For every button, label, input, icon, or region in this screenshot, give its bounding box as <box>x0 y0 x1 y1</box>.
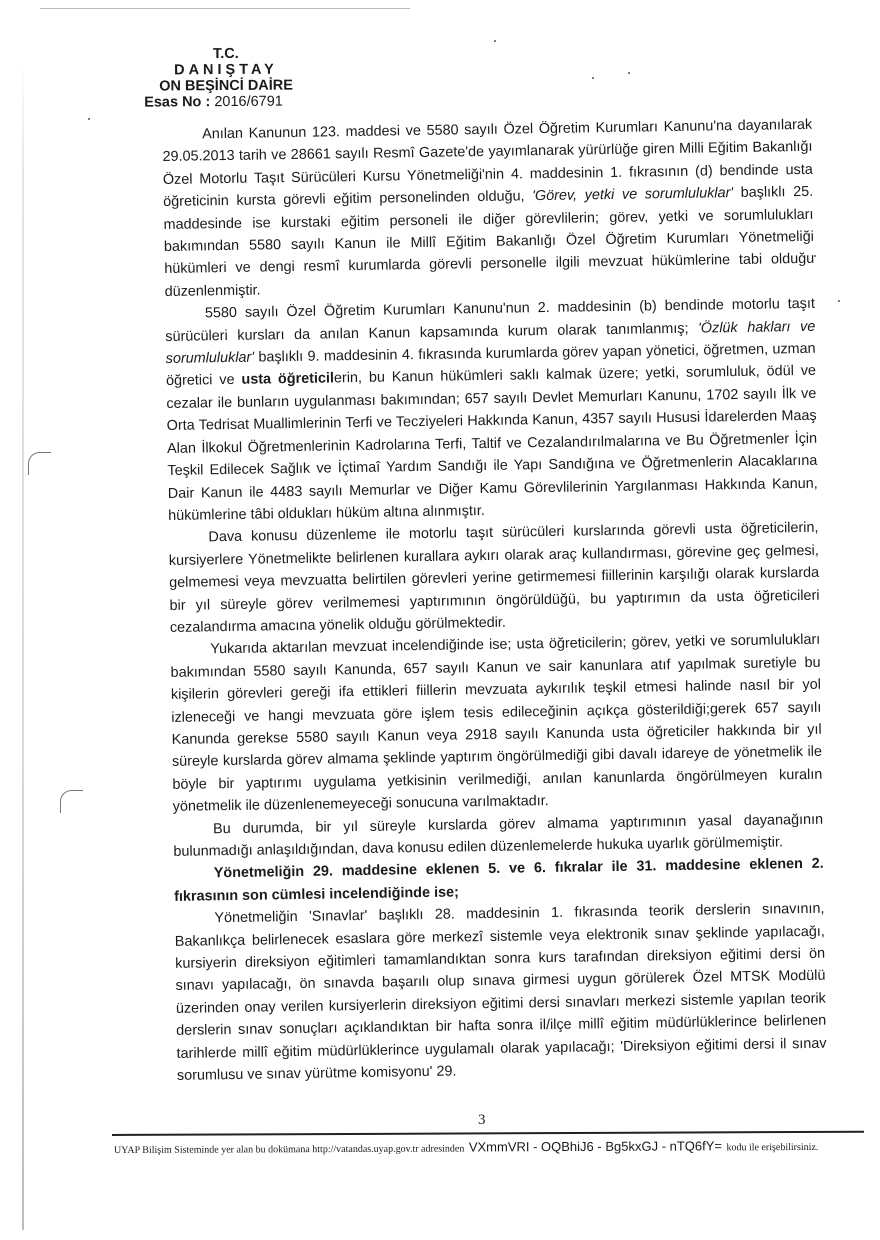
document-header: T.C. DANIŞTAY ON BEŞİNCİ DAİRE Esas No :… <box>146 45 306 110</box>
case-number-value: 2016/6791 <box>214 94 283 110</box>
paragraph-text: Yukarıda aktarılan mevzuat incelendiğind… <box>170 632 822 815</box>
scan-speck <box>494 40 496 42</box>
paragraph-text: Yönetmeliğin 'Sınavlar' başlıklı 28. mad… <box>175 901 827 1084</box>
scan-speck <box>814 255 816 257</box>
paragraph-text: Bu durumda, bir yıl süreyle kurslarda gö… <box>173 811 823 860</box>
header-chamber: ON BEŞİNCİ DAİRE <box>146 77 306 94</box>
paragraph-text: Dava konusu düzenleme ile motorlu taşıt … <box>169 520 820 636</box>
paragraph-text: usta öğreticil <box>241 371 334 388</box>
header-case-number: Esas No : 2016/6791 <box>144 93 306 110</box>
case-number-separator: : <box>201 94 214 110</box>
paragraph: Dava konusu düzenleme ile motorlu taşıt … <box>168 517 820 639</box>
footer-uyap-notice: UYAP Bilişim Sisteminde yer alan bu dokü… <box>114 1137 874 1158</box>
paragraph: 5580 sayılı Özel Öğretim Kurumları Kanun… <box>165 293 818 527</box>
scan-edge-line <box>40 8 410 9</box>
scan-speck <box>838 300 840 302</box>
paragraph-text: Yönetmeliğin 29. maddesine eklenen 5. ve… <box>174 856 824 905</box>
punch-hole-mark <box>28 452 51 475</box>
scan-left-shadow <box>22 60 24 1230</box>
footer-access-code: VXmmVRI - OQBhiJ6 - Bg5kxGJ - nTQ6fY= <box>469 1138 722 1154</box>
footer-text-after: kodu ile erişebilirsiniz. <box>726 1142 818 1153</box>
paragraph: Anılan Kanunun 123. maddesi ve 5580 sayı… <box>162 114 815 303</box>
paragraph-text: 'Görev, yetki ve sorumluluklar' <box>532 185 733 204</box>
paragraph: Yönetmeliğin 'Sınavlar' başlıklı 28. mad… <box>174 898 827 1087</box>
document-page: T.C. DANIŞTAY ON BEŞİNCİ DAİRE Esas No :… <box>0 0 880 1240</box>
scan-speck <box>628 72 630 74</box>
paragraph: Yukarıda aktarılan mevzuat incelendiğind… <box>170 629 823 818</box>
punch-hole-mark <box>60 790 83 813</box>
scan-speck <box>88 118 90 120</box>
document-body: Anılan Kanunun 123. maddesi ve 5580 sayı… <box>162 114 827 1088</box>
footer-text-before: UYAP Bilişim Sisteminde yer alan bu dokü… <box>114 1143 464 1156</box>
footer-divider <box>112 1131 864 1136</box>
case-number-label: Esas No <box>144 94 201 110</box>
header-court-name: DANIŞTAY <box>146 61 306 78</box>
header-tc: T.C. <box>146 45 306 62</box>
scan-speck <box>592 77 594 79</box>
page-number: 3 <box>478 1112 486 1129</box>
